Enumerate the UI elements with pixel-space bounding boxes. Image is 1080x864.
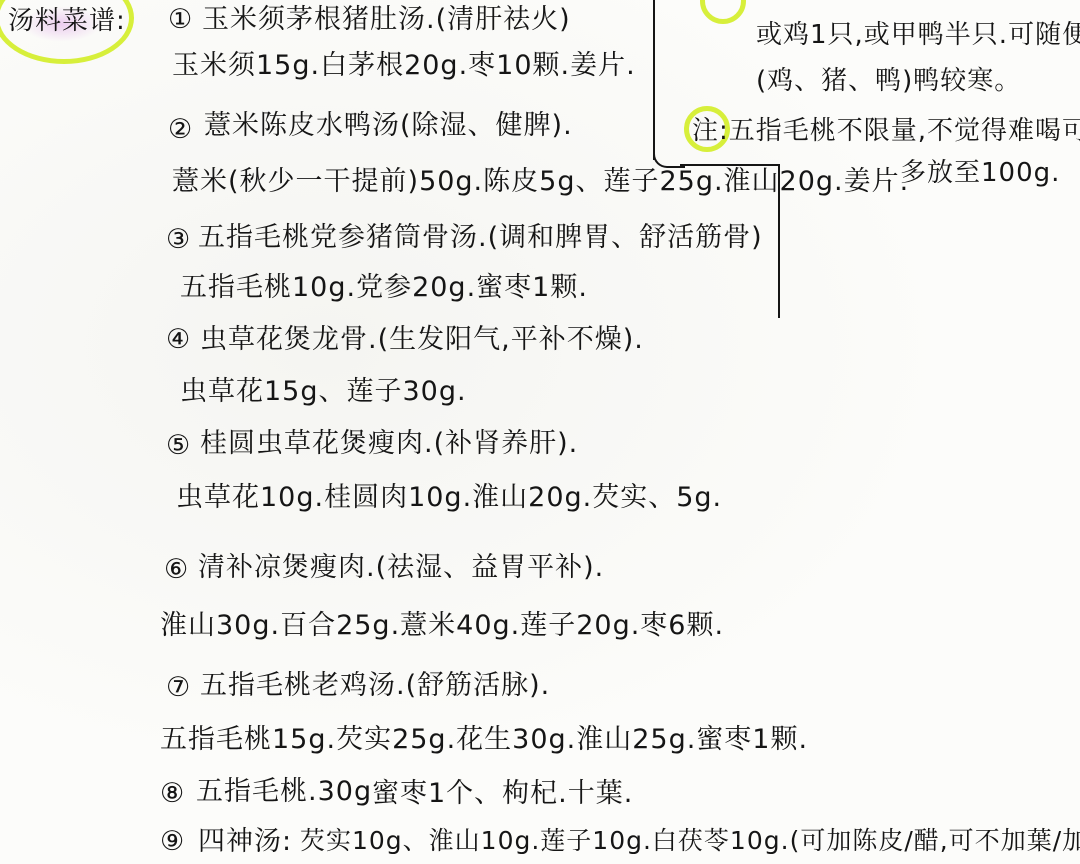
page-title: 汤料菜谱: <box>8 8 126 34</box>
recipe-ingredients: 虫草花10g.桂圆肉10g.淮山20g.芡实、5g. <box>176 484 722 511</box>
side-note-line: 注:五指毛桃不限量,不觉得难喝可 <box>692 118 1080 144</box>
recipe-number: ⑦ <box>166 674 191 701</box>
side-note-line: (鸡、猪、鸭)鸭较寒。 <box>756 68 1021 94</box>
recipe-name: 五指毛桃.30g <box>196 778 372 805</box>
recipe-name: 四神汤: <box>198 828 292 855</box>
recipe-name: 玉米须茅根猪肚汤.(清肝祛火) <box>202 6 571 33</box>
recipe-number: ③ <box>166 226 191 253</box>
recipe-ingredients: 五指毛桃10g.党参20g.蜜枣1颗. <box>180 274 588 301</box>
recipe-ingredients: 薏米(秋少一干提前)50g.陈皮5g、莲子25g.淮山20g.姜片. <box>172 168 909 195</box>
recipe-name: 五指毛桃党参猪筒骨汤.(调和脾胃、舒活筋骨) <box>198 224 763 251</box>
recipe-ingredients: 虫草花15g、莲子30g. <box>180 378 467 405</box>
recipe-ingredients: 淮山30g.百合25g.薏米40g.莲子20g.枣6颗. <box>160 612 724 639</box>
recipe-ingredients: 芡实10g、淮山10g.莲子10g.白茯苓10g.(可加陈皮/醋,可不加葉/加葉… <box>300 828 1080 853</box>
side-note-line: 或鸡1只,或甲鸭半只.可随便换 <box>756 22 1080 48</box>
recipe-ingredients: 蜜枣1个、枸杞.十葉. <box>372 780 633 807</box>
recipe-number: ⑨ <box>160 828 185 855</box>
recipe-ingredients: 五指毛桃15g.芡实25g.花生30g.淮山25g.蜜枣1颗. <box>160 726 808 753</box>
recipe-number: ④ <box>166 326 191 353</box>
recipe-name: 桂圆虫草花煲瘦肉.(补肾养肝). <box>200 430 578 457</box>
side-note-line: 多放至100g. <box>900 160 1060 186</box>
recipe-number: ⑤ <box>166 432 191 459</box>
recipe-name: 虫草花煲龙骨.(生发阳气,平补不燥). <box>200 326 644 353</box>
recipe-number: ① <box>168 6 193 33</box>
recipe-name: 清补凉煲瘦肉.(祛湿、益胃平补). <box>198 554 604 581</box>
recipe-number: ⑧ <box>160 780 185 807</box>
recipe-number: ⑥ <box>164 556 189 583</box>
recipe-name: 薏米陈皮水鸭汤(除湿、健脾). <box>204 112 573 139</box>
recipe-name: 五指毛桃老鸡汤.(舒筋活脉). <box>200 672 550 699</box>
recipe-number: ② <box>168 116 193 143</box>
recipe-ingredients: 玉米须15g.白茅根20g.枣10颗.姜片. <box>172 52 636 79</box>
note-bracket-vertical-top <box>653 0 655 160</box>
